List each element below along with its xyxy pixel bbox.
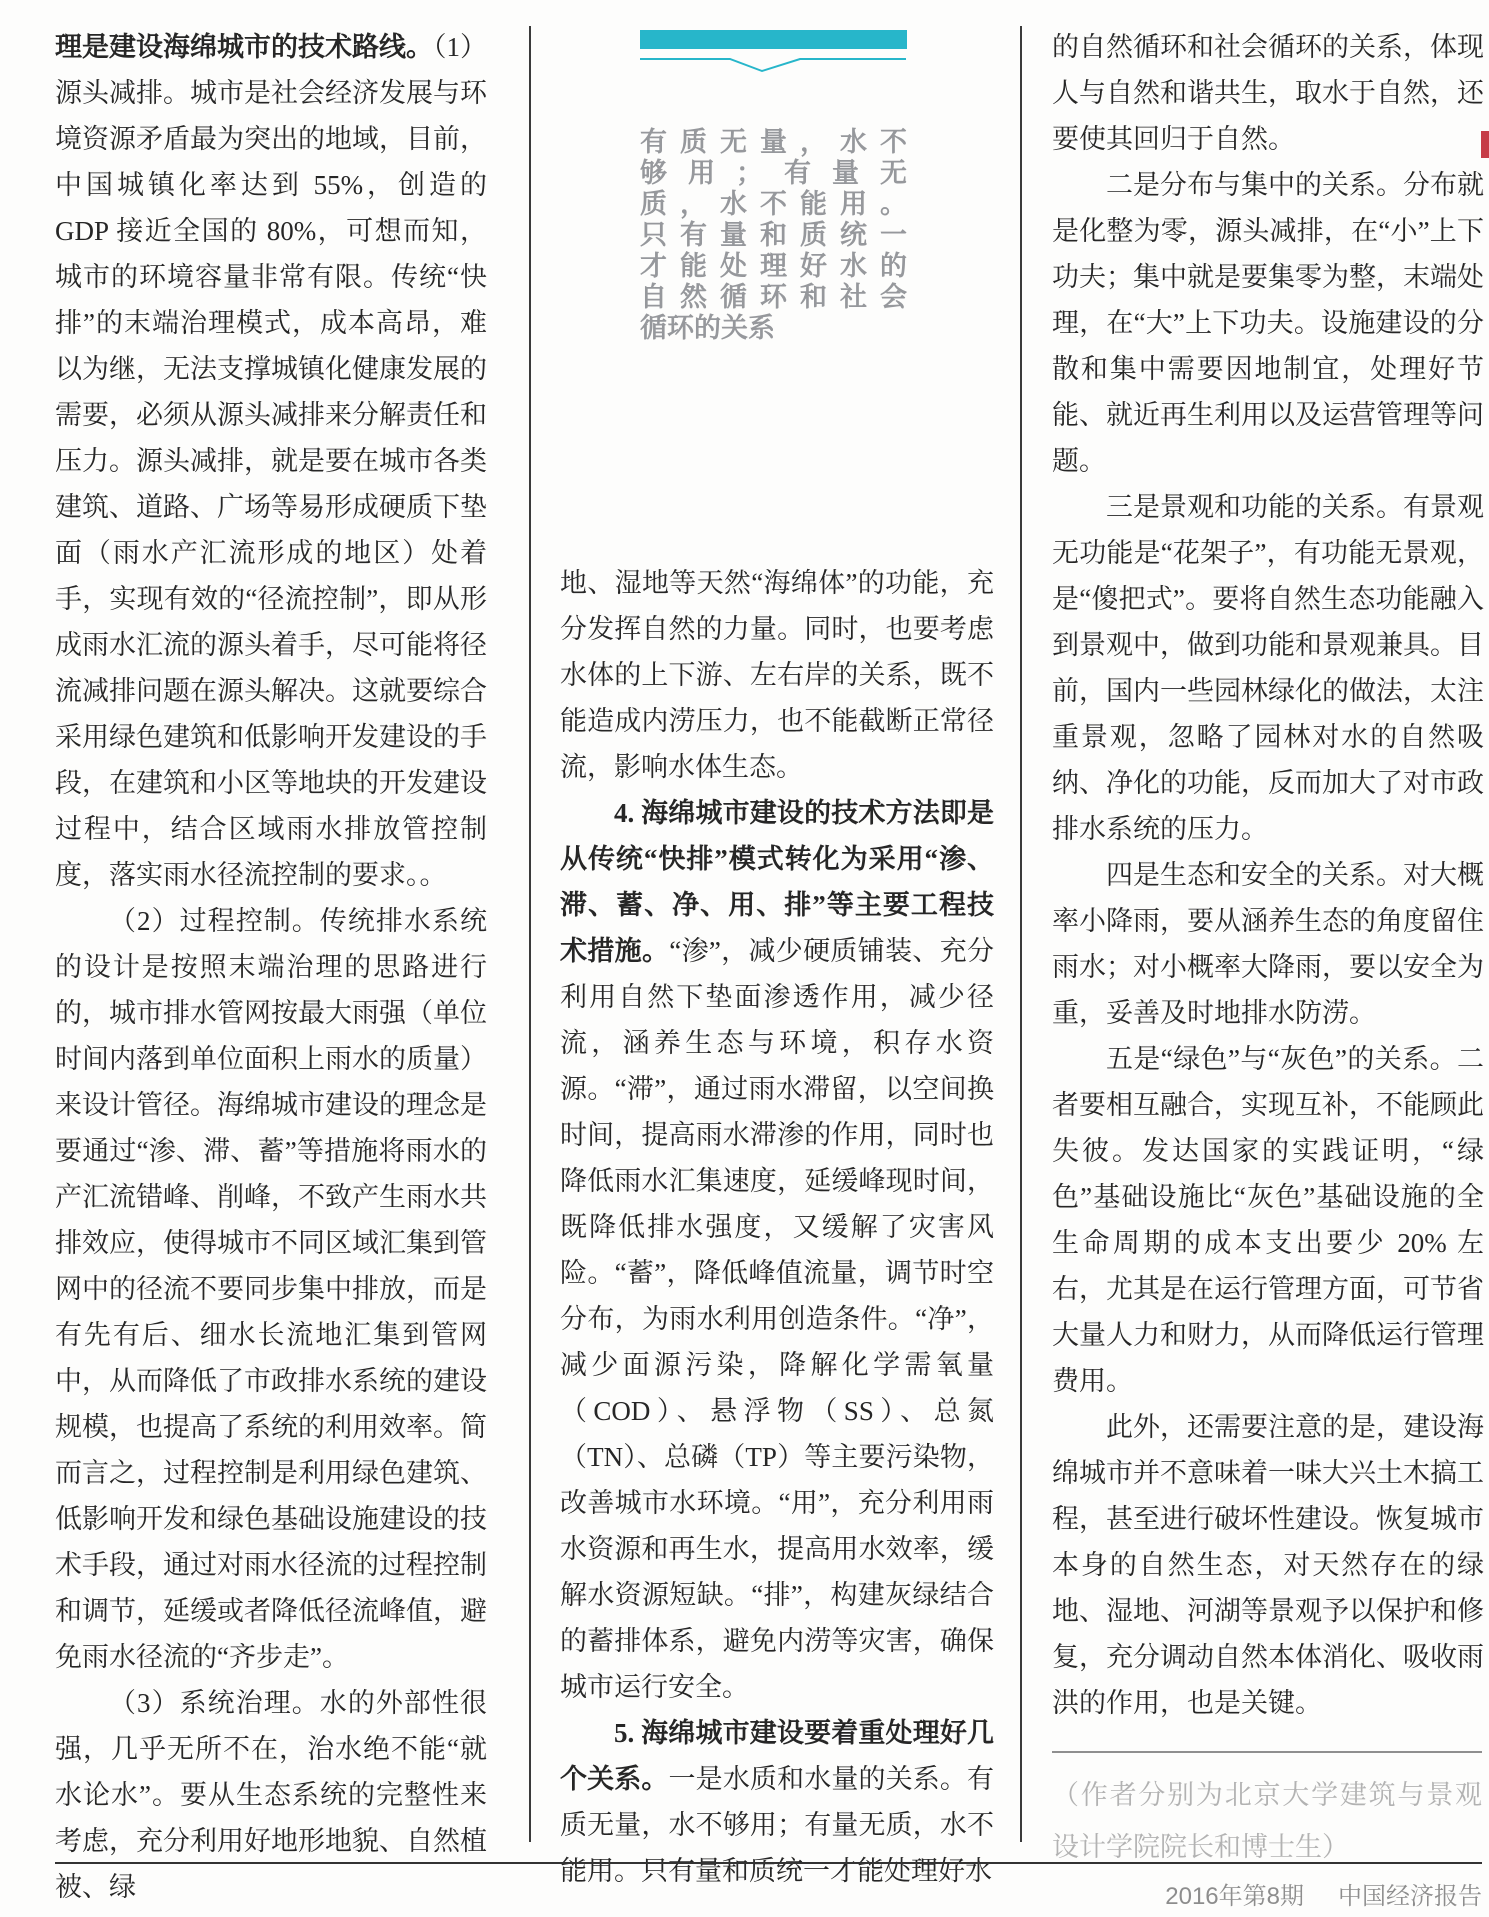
pull-quote-line: 有质无量，水不 xyxy=(640,127,907,158)
footer-magazine: 中国经济报告 xyxy=(1338,1876,1482,1911)
page-footer: 2016年第8期 中国经济报告 xyxy=(1165,1876,1482,1911)
column-left: 理是建设海绵城市的技术路线。（1）源头减排。城市是社会经济发展与环境资源矛盾最为… xyxy=(55,24,487,1910)
paragraph: 4. 海绵城市建设的技术方法即是从传统“快排”模式转化为采用“渗、滞、蓄、净、用… xyxy=(560,790,994,1710)
magazine-page: 理是建设海绵城市的技术路线。（1）源头减排。城市是社会经济发展与环境资源矛盾最为… xyxy=(0,0,1489,1917)
column-middle: 地、湿地等天然“海绵体”的功能，充分发挥自然的力量。同时，也要考虑水体的上下游、… xyxy=(560,560,994,1894)
paragraph: 理是建设海绵城市的技术路线。（1）源头减排。城市是社会经济发展与环境资源矛盾最为… xyxy=(55,24,487,898)
pull-quote-line: 质，水不能用。 xyxy=(640,189,907,220)
pull-quote: 有质无量，水不 够用；有量无 质，水不能用。 只有量和质统一 才能处理好水的 自… xyxy=(640,30,907,344)
chevron-down-icon xyxy=(640,57,907,75)
pull-quote-text: 有质无量，水不 够用；有量无 质，水不能用。 只有量和质统一 才能处理好水的 自… xyxy=(640,127,907,344)
paragraph-text: “渗”，减少硬质铺装、充分利用自然下垫面渗透作用，减少径流，涵养生态与环境，积存… xyxy=(560,936,994,1702)
footer-rule xyxy=(55,1862,1482,1864)
author-divider xyxy=(1052,1751,1482,1753)
paragraph: 地、湿地等天然“海绵体”的功能，充分发挥自然的力量。同时，也要考虑水体的上下游、… xyxy=(560,560,994,790)
paragraph: （2）过程控制。传统排水系统的设计是按照末端治理的思路进行的，城市排水管网按最大… xyxy=(55,898,487,1680)
paragraph: 二是分布与集中的关系。分布就是化整为零，源头减排，在“小”上下功夫；集中就是要集… xyxy=(1052,162,1484,484)
pull-quote-line: 只有量和质统一 xyxy=(640,220,907,251)
pull-quote-line: 循环的关系 xyxy=(640,313,907,344)
author-note-block: （作者分别为北京大学建筑与景观设计学院院长和博士生） xyxy=(1052,1751,1482,1873)
paragraph: 四是生态和安全的关系。对大概率小降雨，要从涵养生态的角度留住雨水；对小概率大降雨… xyxy=(1052,852,1484,1036)
column-divider-right xyxy=(1020,26,1022,1842)
paragraph: 三是景观和功能的关系。有景观无功能是“花架子”，有功能无景观，是“傻把式”。要将… xyxy=(1052,484,1484,852)
lead-bold-text: 理是建设海绵城市的技术路线。 xyxy=(55,32,433,62)
paragraph: 五是“绿色”与“灰色”的关系。二者要相互融合，实现互补，不能顾此失彼。发达国家的… xyxy=(1052,1036,1484,1404)
pull-quote-line: 才能处理好水的 xyxy=(640,251,907,282)
column-divider-left xyxy=(529,26,531,1842)
pull-quote-ribbon xyxy=(640,30,907,49)
column-right: 的自然循环和社会循环的关系，体现人与自然和谐共生，取水于自然，还要使其回归于自然… xyxy=(1052,24,1484,1726)
paragraph: 5. 海绵城市建设要着重处理好几个关系。一是水质和水量的关系。有质无量，水不够用… xyxy=(560,1710,994,1894)
pull-quote-line: 自然循环和社会 xyxy=(640,282,907,313)
paragraph-text: （1）源头减排。城市是社会经济发展与环境资源矛盾最为突出的地域，目前，中国城镇化… xyxy=(55,32,487,890)
footer-issue: 2016年第8期 xyxy=(1165,1876,1304,1911)
paragraph: 此外，还需要注意的是，建设海绵城市并不意味着一味大兴土木搞工程，甚至进行破坏性建… xyxy=(1052,1404,1484,1726)
paragraph: 的自然循环和社会循环的关系，体现人与自然和谐共生，取水于自然，还要使其回归于自然… xyxy=(1052,24,1484,162)
paragraph: （3）系统治理。水的外部性很强，几乎无所不在，治水绝不能“就水论水”。要从生态系… xyxy=(55,1680,487,1910)
page-edge-marker xyxy=(1481,131,1489,158)
pull-quote-line: 够用；有量无 xyxy=(640,158,907,189)
author-note: （作者分别为北京大学建筑与景观设计学院院长和博士生） xyxy=(1052,1769,1482,1873)
